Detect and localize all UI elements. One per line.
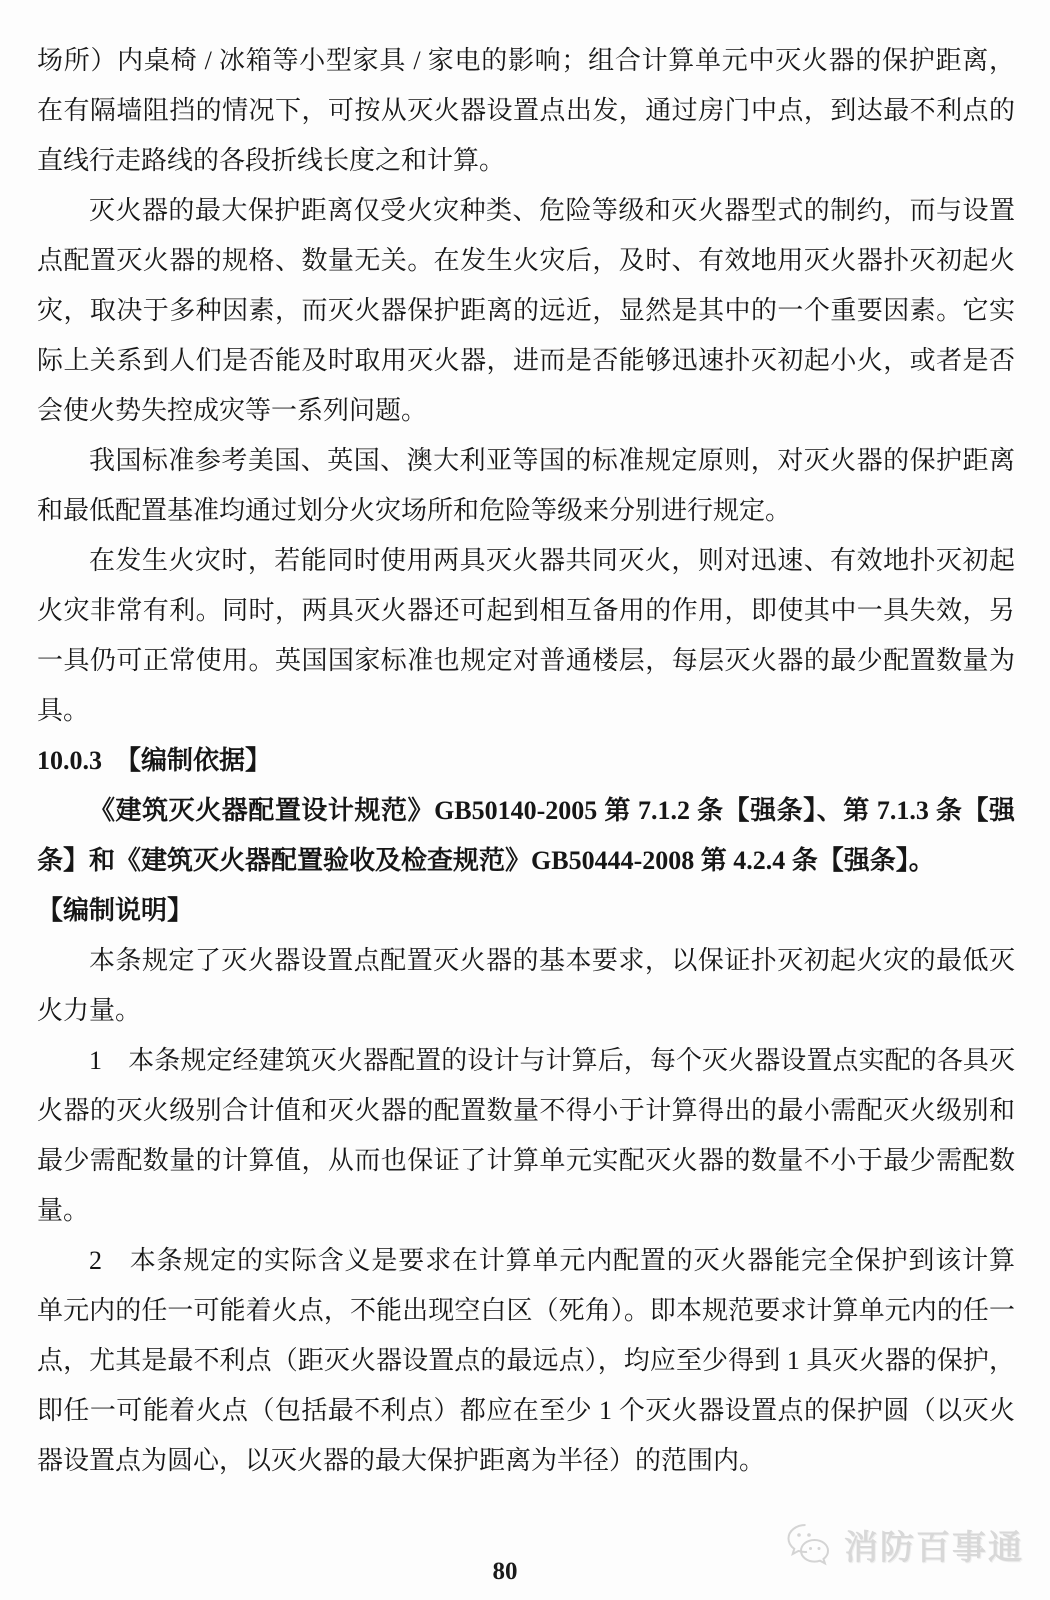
text-line: 在有隔墙阻挡的情况下，可按从灭火器设置点出发，通过房门中点，到达最不利点的 <box>37 86 1015 136</box>
text-line: 即任一可能着火点（包括最不利点）都应在至少 1 个灭火器设置点的保护圆（以灭火 <box>37 1386 1015 1436</box>
text-line: 点，尤其是最不利点（距灭火器设置点的最远点），均应至少得到 1 具灭火器的保护， <box>37 1336 1015 1386</box>
text-line: 点配置灭火器的规格、数量无关。在发生火灾后，及时、有效地用灭火器扑灭初起火 <box>37 236 1015 286</box>
text-line: 火灾非常有利。同时，两具灭火器还可起到相互备用的作用，即使其中一具失效，另 <box>37 586 1015 636</box>
text-line: 具。 <box>37 686 1015 736</box>
document-lines: 场所）内桌椅 / 冰箱等小型家具 / 家电的影响；组合计算单元中灭火器的保护距离… <box>37 36 1015 1486</box>
text-line: 灭火器的最大保护距离仅受火灾种类、危险等级和灭火器型式的制约，而与设置 <box>37 186 1015 236</box>
text-line: 器设置点为圆心，以灭火器的最大保护距离为半径）的范围内。 <box>37 1436 1015 1486</box>
text-line: 场所）内桌椅 / 冰箱等小型家具 / 家电的影响；组合计算单元中灭火器的保护距离… <box>37 36 1015 86</box>
document-page: 场所）内桌椅 / 冰箱等小型家具 / 家电的影响；组合计算单元中灭火器的保护距离… <box>0 0 1050 1600</box>
page-number: 80 <box>0 1558 1010 1586</box>
text-line: 最少需配数量的计算值，从而也保证了计算单元实配灭火器的数量不小于最少需配数 <box>37 1136 1015 1186</box>
text-line: 【编制说明】 <box>37 886 1015 936</box>
text-line: 火力量。 <box>37 986 1015 1036</box>
text-line: 火器的灭火级别合计值和灭火器的配置数量不得小于计算得出的最小需配灭火级别和 <box>37 1086 1015 1136</box>
text-line: 量。 <box>37 1186 1015 1236</box>
text-line: 2 本条规定的实际含义是要求在计算单元内配置的灭火器能完全保护到该计算 <box>37 1236 1015 1286</box>
text-line: 际上关系到人们是否能及时取用灭火器，进而是否能够迅速扑灭初起小火，或者是否 <box>37 336 1015 386</box>
text-line: 灾，取决于多种因素，而灭火器保护距离的远近，显然是其中的一个重要因素。它实 <box>37 286 1015 336</box>
text-line: 《建筑灭火器配置设计规范》GB50140-2005 第 7.1.2 条【强条】、… <box>37 786 1015 836</box>
text-line: 条】和《建筑灭火器配置验收及检查规范》GB50444-2008 第 4.2.4 … <box>37 836 1015 886</box>
text-line: 和最低配置基准均通过划分火灾场所和危险等级来分别进行规定。 <box>37 486 1015 536</box>
text-line: 10.0.3 【编制依据】 <box>37 736 1015 786</box>
text-line: 会使火势失控成灾等一系列问题。 <box>37 386 1015 436</box>
text-line: 直线行走路线的各段折线长度之和计算。 <box>37 136 1015 186</box>
text-line: 我国标准参考美国、英国、澳大利亚等国的标准规定原则，对灭火器的保护距离 <box>37 436 1015 486</box>
text-line: 在发生火灾时，若能同时使用两具灭火器共同灭火，则对迅速、有效地扑灭初起 <box>37 536 1015 586</box>
text-line: 本条规定了灭火器设置点配置灭火器的基本要求，以保证扑灭初起火灾的最低灭 <box>37 936 1015 986</box>
text-line: 单元内的任一可能着火点，不能出现空白区（死角）。即本规范要求计算单元内的任一 <box>37 1286 1015 1336</box>
text-line: 1 本条规定经建筑灭火器配置的设计与计算后，每个灭火器设置点实配的各具灭 <box>37 1036 1015 1086</box>
text-line: 一具仍可正常使用。英国国家标准也规定对普通楼层，每层灭火器的最少配置数量为 2 <box>37 636 1015 686</box>
